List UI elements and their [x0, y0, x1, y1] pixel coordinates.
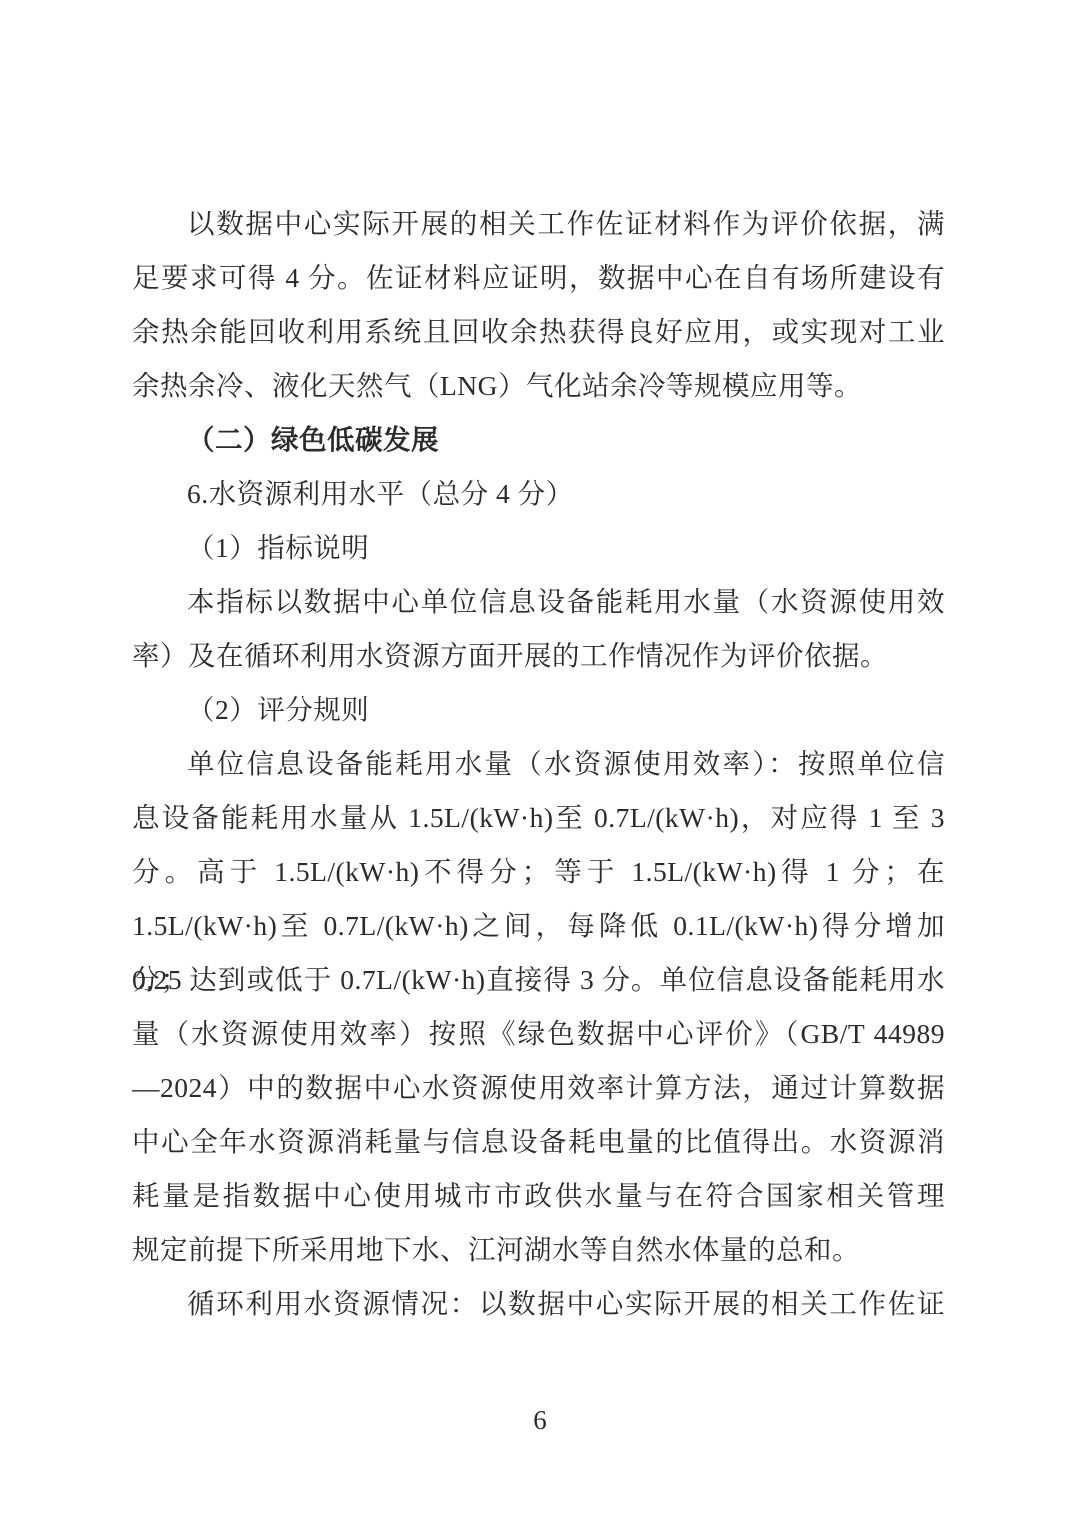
text-line: 以数据中心实际开展的相关工作佐证材料作为评价依据，满	[132, 197, 945, 251]
document-page: 以数据中心实际开展的相关工作佐证材料作为评价依据，满 足要求可得 4 分。佐证材…	[0, 0, 1080, 1527]
text-line: 息设备能耗用水量从 1.5L/(kW·h)至 0.7L/(kW·h)，对应得 1…	[132, 791, 945, 845]
text-line: 单位信息设备能耗用水量（水资源使用效率）：按照单位信	[132, 737, 945, 791]
subheading-indicator-description: （1）指标说明	[132, 521, 945, 575]
text-line: 量（水资源使用效率）按照《绿色数据中心评价》（GB/T 44989	[132, 1007, 945, 1061]
text-line: 本指标以数据中心单位信息设备能耗用水量（水资源使用效	[132, 575, 945, 629]
text-line: 循环利用水资源情况：以数据中心实际开展的相关工作佐证	[132, 1277, 945, 1331]
text-line: 规定前提下所采用地下水、江河湖水等自然水体量的总和。	[132, 1223, 945, 1277]
text-line: 率）及在循环利用水资源方面开展的工作情况作为评价依据。	[132, 629, 945, 683]
text-line: 分。高于 1.5L/(kW·h)不得分；等于 1.5L/(kW·h)得 1 分；…	[132, 845, 945, 899]
text-line: 耗量是指数据中心使用城市市政供水量与在符合国家相关管理	[132, 1169, 945, 1223]
text-line: 分；达到或低于 0.7L/(kW·h)直接得 3 分。单位信息设备能耗用水	[132, 953, 945, 1007]
text-line: 足要求可得 4 分。佐证材料应证明，数据中心在自有场所建设有	[132, 251, 945, 305]
text-line: 余热余能回收利用系统且回收余热获得良好应用，或实现对工业	[132, 305, 945, 359]
section-heading-green-low-carbon: （二）绿色低碳发展	[132, 413, 945, 467]
subheading-scoring-rules: （2）评分规则	[132, 683, 945, 737]
text-line: 1.5L/(kW·h)至 0.7L/(kW·h)之间，每降低 0.1L/(kW·…	[132, 899, 945, 953]
text-line: —2024）中的数据中心水资源使用效率计算方法，通过计算数据	[132, 1061, 945, 1115]
page-number: 6	[0, 1405, 1080, 1436]
text-line: 中心全年水资源消耗量与信息设备耗电量的比值得出。水资源消	[132, 1115, 945, 1169]
text-line: 余热余冷、液化天然气（LNG）气化站余冷等规模应用等。	[132, 359, 945, 413]
indicator-heading-water-resource: 6.水资源利用水平（总分 4 分）	[132, 467, 945, 521]
document-body: 以数据中心实际开展的相关工作佐证材料作为评价依据，满 足要求可得 4 分。佐证材…	[132, 197, 945, 1331]
